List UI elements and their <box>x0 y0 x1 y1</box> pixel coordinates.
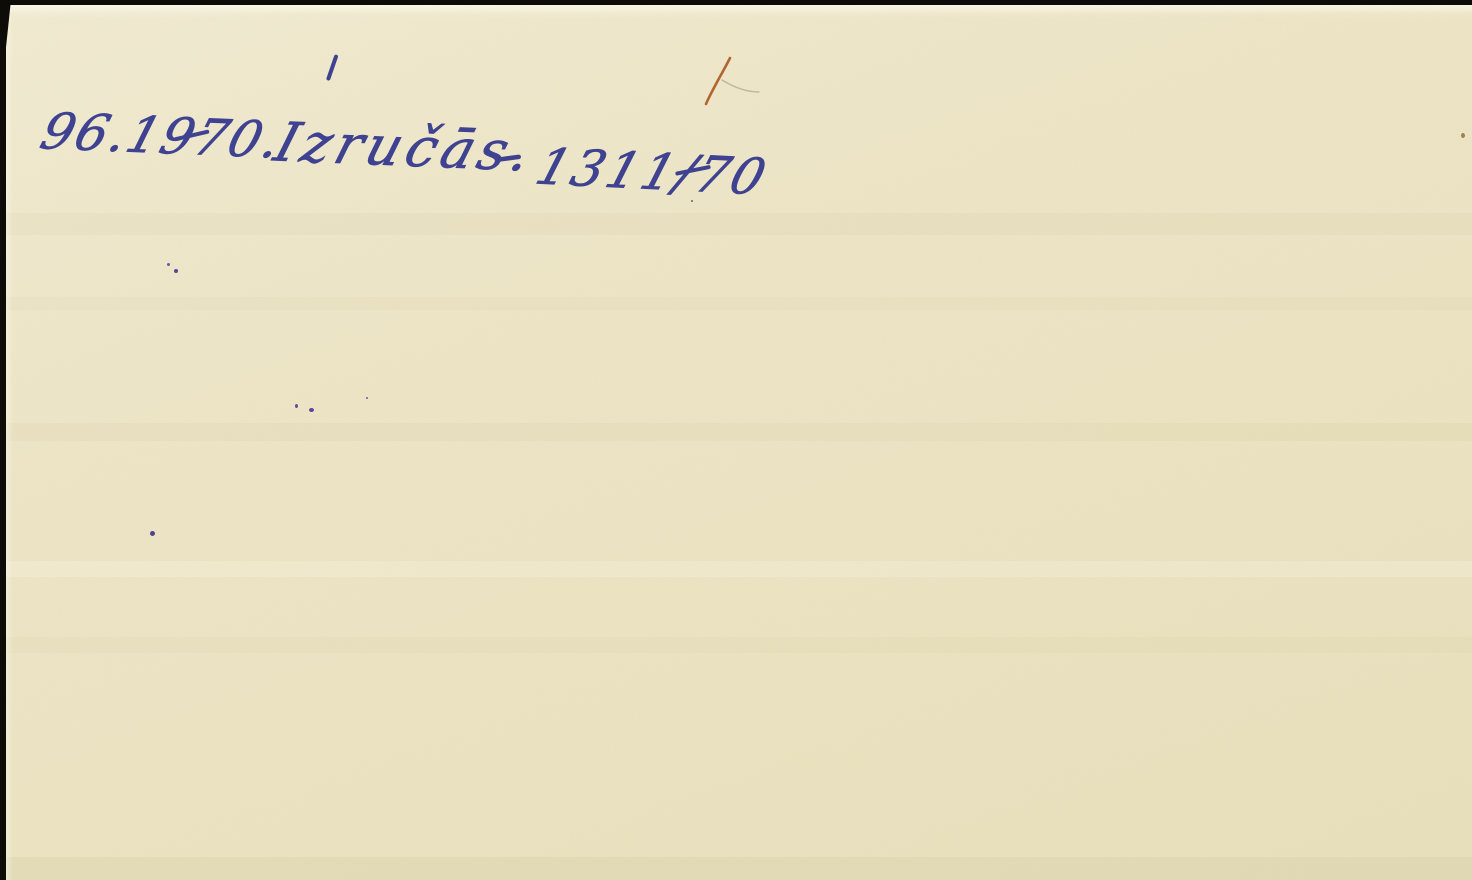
paper-blemish <box>1461 133 1465 138</box>
ink-speck <box>691 200 693 202</box>
scanner-background: 96.1970. Izručās. 1311/70 <box>0 0 1472 880</box>
ink-speck <box>174 269 178 273</box>
index-card <box>6 5 1472 880</box>
scanner-edge-notch <box>0 196 3 205</box>
scanner-edge-notch <box>0 318 2 324</box>
paper-grain-texture <box>6 5 1472 880</box>
ink-speck <box>150 531 155 536</box>
ink-speck <box>309 408 314 412</box>
scanner-edge-notch <box>0 698 2 703</box>
ink-speck <box>366 397 368 399</box>
ink-speck <box>167 263 170 266</box>
scanner-edge-notch <box>0 640 3 647</box>
ink-speck <box>295 404 298 408</box>
